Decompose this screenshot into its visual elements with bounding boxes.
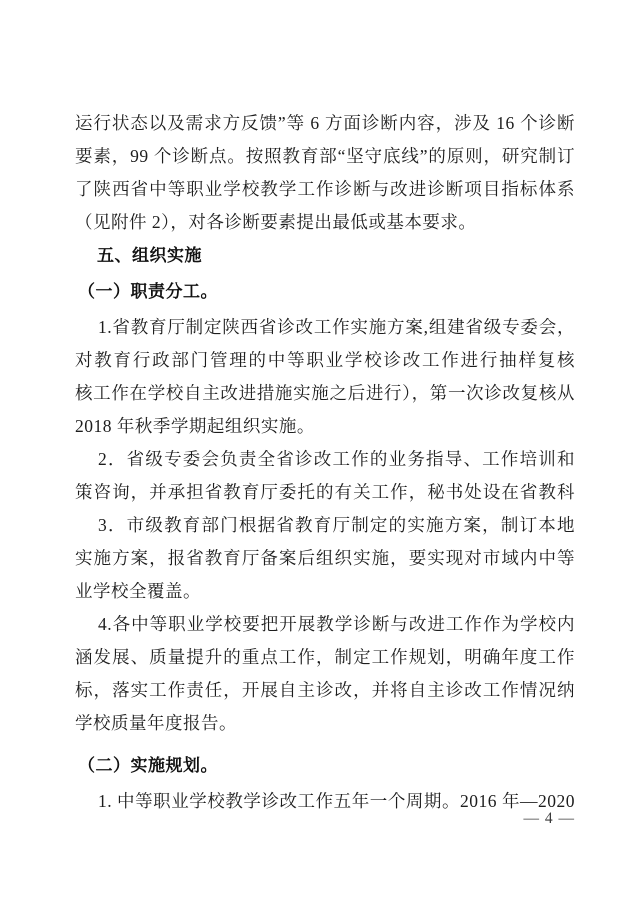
section-heading: 五、组织实施 xyxy=(75,239,575,272)
paragraph-line: 涵发展、质量提升的重点工作，制定工作规划，明确年度工作目 xyxy=(75,641,575,674)
paragraph-line: 3．市级教育部门根据省教育厅制定的实施方案，制订本地区 xyxy=(75,509,575,542)
paragraph-line: （见附件 2），对各诊断要素提出最低或基本要求。 xyxy=(75,206,575,239)
page-footer: — 4 — xyxy=(75,810,575,828)
paragraph-line: 对教育行政部门管理的中等职业学校诊改工作进行抽样复核（复 xyxy=(75,344,575,377)
paragraph-line: 核工作在学校自主改进措施实施之后进行），第一次诊改复核从 xyxy=(75,377,575,410)
page-number: — 4 — xyxy=(524,810,576,827)
paragraph-line: 策咨询，并承担省教育厅委托的有关工作，秘书处设在省教科院。 xyxy=(75,476,575,509)
paragraph-line: 学校质量年度报告。 xyxy=(75,707,575,740)
section-heading: （二）实施规划。 xyxy=(75,749,575,782)
paragraph-line: 业学校全覆盖。 xyxy=(75,575,575,608)
paragraph-line: 了陕西省中等职业学校教学工作诊断与改进诊断项目指标体系 xyxy=(75,173,575,206)
paragraph-line: 实施方案，报省教育厅备案后组织实施，要实现对市域内中等职 xyxy=(75,542,575,575)
document-page: 运行状态以及需求方反馈”等 6 方面诊断内容，涉及 16 个诊断要素，99 个诊… xyxy=(0,0,642,915)
paragraph-line: 运行状态以及需求方反馈”等 6 方面诊断内容，涉及 16 个诊断 xyxy=(75,107,575,140)
section-heading: （一）职责分工。 xyxy=(75,275,575,308)
paragraph-line: 4.各中等职业学校要把开展教学诊断与改进工作作为学校内 xyxy=(75,608,575,641)
paragraph-line: 标，落实工作责任，开展自主诊改，并将自主诊改工作情况纳入 xyxy=(75,674,575,707)
paragraph-line: 2．省级专委会负责全省诊改工作的业务指导、工作培训和政 xyxy=(75,443,575,476)
paragraph-line: 1.省教育厅制定陕西省诊改工作实施方案,组建省级专委会， xyxy=(75,311,575,344)
paragraph-line: 要素，99 个诊断点。按照教育部“坚守底线”的原则，研究制订 xyxy=(75,140,575,173)
document-body: 运行状态以及需求方反馈”等 6 方面诊断内容，涉及 16 个诊断要素，99 个诊… xyxy=(75,107,575,818)
paragraph-line: 2018 年秋季学期起组织实施。 xyxy=(75,410,575,443)
